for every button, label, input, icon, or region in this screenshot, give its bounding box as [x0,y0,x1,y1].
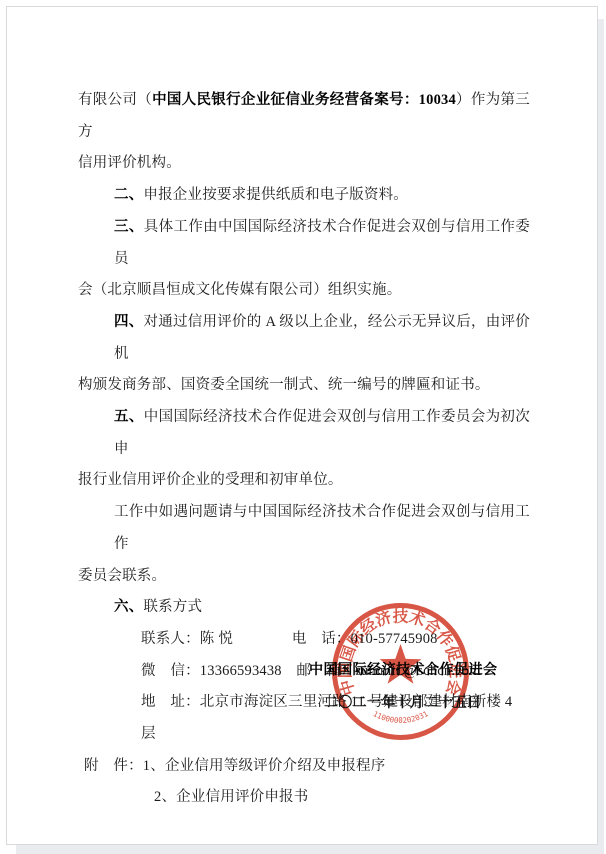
document-text: 报行业信用评价企业的受理和初审单位。 [78,472,343,488]
signature-org: 中国国际经济技术合作促进会 [309,659,519,679]
document-line: 有限公司（中国人民银行企业征信业务经营备案号：10034）作为第三方 [78,85,530,148]
document-line: 委员会联系。 [78,561,530,593]
document-text: 会（北京顺昌恒成文化传媒有限公司）组织实施。 [78,282,401,298]
document-page: 有限公司（中国人民银行企业征信业务经营备案号：10034）作为第三方信用评价机构… [6,6,598,845]
document-line: 构颁发商务部、国资委全国统一制式、统一编号的牌匾和证书。 [78,370,530,402]
document-line: 会（北京顺昌恒成文化传媒有限公司）组织实施。 [78,275,530,307]
document-line: 四、对通过信用评价的 A 级以上企业，经公示无异议后，由评价机 [78,307,530,370]
document-text: 有限公司（ [78,92,152,108]
document-text-bold: 四、 [114,314,144,330]
document-text: 委员会联系。 [78,568,166,584]
document-text: 附 件：1、企业信用等级评价介绍及申报程序 [84,758,385,774]
document-line: 五、中国国际经济技术合作促进会双创与信用工作委员会为初次申 [78,402,530,465]
document-text-bold: 三、 [114,219,144,235]
document-line: 三、具体工作由中国国际经济技术合作促进会双创与信用工作委员 [78,212,530,275]
document-line: 2、企业信用评价申报书 [78,782,530,814]
document-text: 信用评价机构。 [78,155,181,171]
document-line: 信用评价机构。 [78,148,530,180]
document-text: 2、企业信用评价申报书 [154,789,308,805]
document-text: 具体工作由中国国际经济技术合作促进会双创与信用工作委员 [114,219,530,267]
document-text-bold: 五、 [114,409,144,425]
document-text: 对通过信用评价的 A 级以上企业，经公示无异议后，由评价机 [114,314,530,362]
document-line: 工作中如遇问题请与中国国际经济技术合作促进会双创与信用工作 [78,497,530,560]
document-line: 附 件：1、企业信用等级评价介绍及申报程序 [78,751,530,783]
document-line: 报行业信用评价企业的受理和初审单位。 [78,465,530,497]
document-text: 工作中如遇问题请与中国国际经济技术合作促进会双创与信用工作 [114,504,530,552]
document-line: 二、申报企业按要求提供纸质和电子版资料。 [78,180,530,212]
document-text: 申报企业按要求提供纸质和电子版资料。 [143,187,408,203]
document-text: 中国国际经济技术合作促进会双创与信用工作委员会为初次申 [114,409,530,457]
document-text-bold: 二、 [114,187,143,203]
document-text-bold: 中国人民银行企业征信业务经营备案号：10034 [152,92,456,108]
signature-date: 二〇二一年十月二十五日 [324,692,524,712]
document-text: 联系方式 [143,599,202,615]
document-text: 构颁发商务部、国资委全国统一制式、统一编号的牌匾和证书。 [78,377,490,393]
document-text-bold: 六、 [114,599,143,615]
